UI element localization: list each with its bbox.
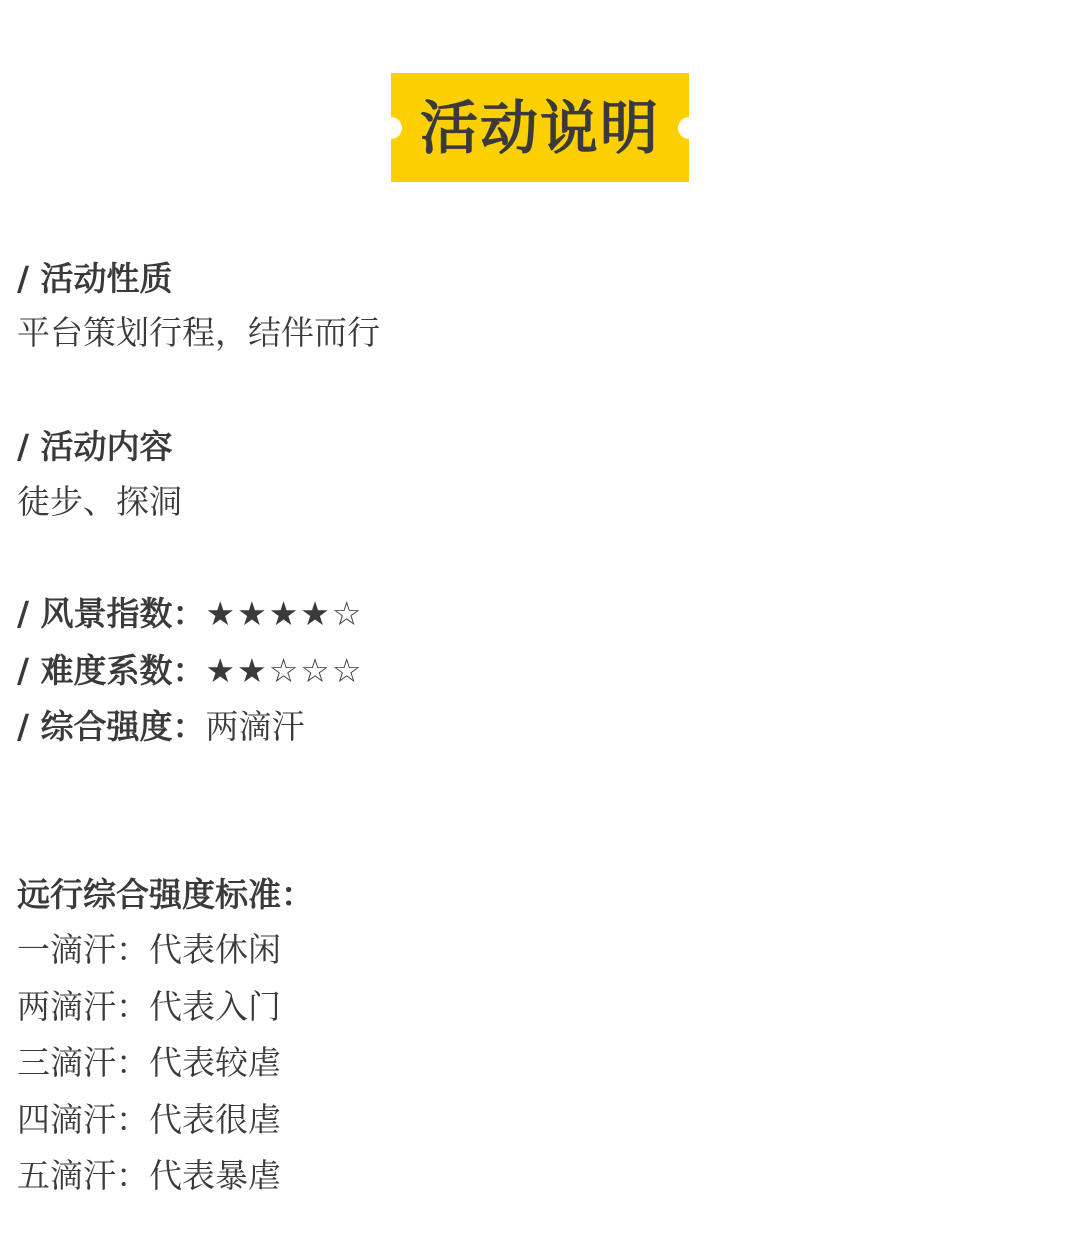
activity-nature-heading: / 活动性质 [17, 262, 173, 295]
activity-content-text: 徒步、探洞 [17, 485, 182, 518]
intensity-standard-heading: 远行综合强度标准： [17, 878, 314, 911]
ticket-notch-left [380, 117, 402, 139]
standard-level-desc: 代表很虐 [149, 1100, 281, 1139]
scenery-rating-row: / 风景指数：★★★★☆ [17, 597, 363, 630]
standard-level-name: 四滴汗： [17, 1100, 149, 1139]
page-title: 活动说明 [420, 99, 660, 157]
section-title-ticket: 活动说明 [391, 73, 689, 182]
standard-level-desc: 代表暴虐 [149, 1156, 281, 1195]
intensity-label: / 综合强度： [17, 707, 206, 746]
standard-level-item: 三滴汗：代表较虐 [17, 1046, 281, 1079]
difficulty-stars-icon: ★★☆☆☆ [206, 651, 364, 690]
standard-level-desc: 代表入门 [149, 987, 281, 1026]
scenery-stars-icon: ★★★★☆ [206, 594, 364, 633]
standard-level-name: 三滴汗： [17, 1043, 149, 1082]
ticket-notch-right [678, 117, 700, 139]
standard-level-name: 五滴汗： [17, 1156, 149, 1195]
intensity-row: / 综合强度：两滴汗 [17, 710, 305, 743]
activity-content-heading: / 活动内容 [17, 430, 173, 463]
standard-level-name: 一滴汗： [17, 930, 149, 969]
standard-level-desc: 代表休闲 [149, 930, 281, 969]
activity-nature-text: 平台策划行程，结伴而行 [17, 316, 380, 349]
intensity-value: 两滴汗 [206, 707, 305, 746]
scenery-rating-label: / 风景指数： [17, 594, 206, 633]
standard-level-desc: 代表较虐 [149, 1043, 281, 1082]
difficulty-rating-row: / 难度系数：★★☆☆☆ [17, 654, 363, 687]
difficulty-rating-label: / 难度系数： [17, 651, 206, 690]
standard-level-item: 两滴汗：代表入门 [17, 990, 281, 1023]
standard-level-name: 两滴汗： [17, 987, 149, 1026]
standard-level-item: 一滴汗：代表休闲 [17, 933, 281, 966]
standard-level-item: 四滴汗：代表很虐 [17, 1103, 281, 1136]
standard-level-item: 五滴汗：代表暴虐 [17, 1159, 281, 1192]
